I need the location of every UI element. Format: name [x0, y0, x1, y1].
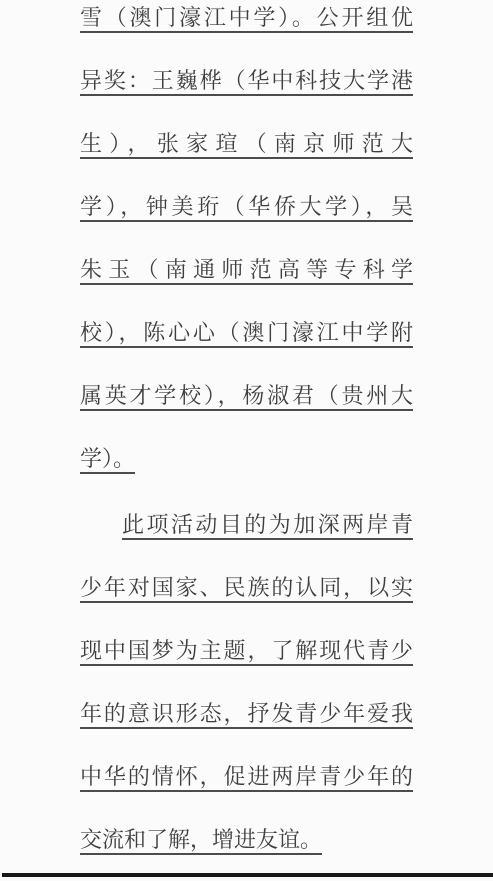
- text-line: 生），张家瑄（南京师范大: [80, 130, 413, 159]
- document-text: 雪（澳门濠江中学）。公开组优异奖：王巍桦（华中科技大学港生），张家瑄（南京师范大…: [80, 0, 413, 881]
- text-line: 属英才学校），杨淑君（贵州大: [80, 382, 413, 411]
- text-line: 学），钟美珩（华侨大学），吴: [80, 193, 413, 222]
- page-bottom-divider: [2, 873, 493, 877]
- text-line: 异奖：王巍桦（华中科技大学港: [80, 67, 413, 96]
- text-line: 此项活动目的为加深两岸青: [122, 511, 413, 540]
- text-line: 校），陈心心（澳门濠江中学附: [80, 319, 413, 348]
- text-line: 交流和了解，增进友谊。: [80, 826, 322, 855]
- text-line: 现中国梦为主题，了解现代青少: [80, 637, 413, 666]
- text-line: 年的意识形态，抒发青少年爱我: [80, 700, 413, 729]
- text-line: 学）。: [80, 445, 135, 474]
- text-line: 少年对国家、民族的认同，以实: [80, 574, 413, 603]
- text-line: 朱玉（南通师范高等专科学: [80, 256, 413, 285]
- document-page: 雪（澳门濠江中学）。公开组优异奖：王巍桦（华中科技大学港生），张家瑄（南京师范大…: [0, 0, 493, 881]
- text-line: 中华的情怀，促进两岸青少年的: [80, 763, 413, 792]
- text-line: 雪（澳门濠江中学）。公开组优: [80, 4, 413, 33]
